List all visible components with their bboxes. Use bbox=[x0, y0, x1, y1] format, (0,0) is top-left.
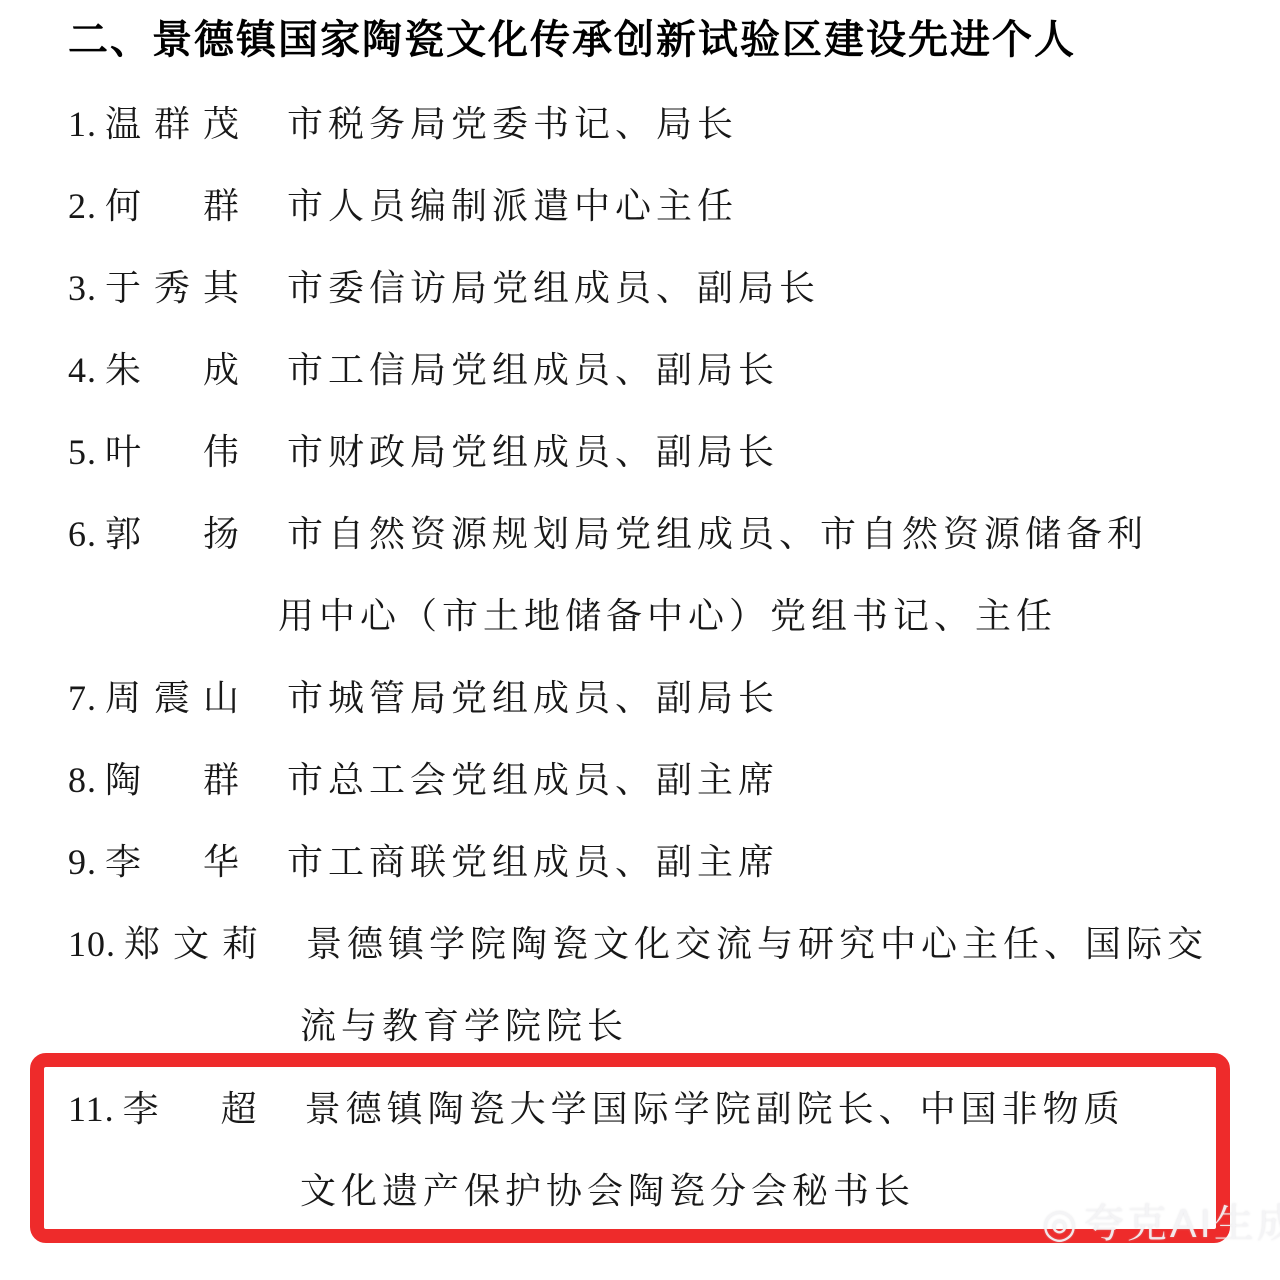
document-page: 二、景德镇国家陶瓷文化传承创新试验区建设先进个人 1. 温群茂 市税务局党委书记… bbox=[0, 0, 1280, 1280]
list-item: 3. 于秀其 市委信访局党组成员、副局长 bbox=[68, 268, 1280, 308]
entry-number: 11. bbox=[68, 1089, 115, 1129]
list-item: 9. 李华 市工商联党组成员、副主席 bbox=[68, 842, 1280, 882]
entry-role-line: 市人员编制派遣中心主任 bbox=[287, 186, 738, 226]
entry-number: 2. bbox=[68, 186, 97, 226]
entry-number: 6. bbox=[68, 514, 97, 554]
entry-number: 8. bbox=[68, 760, 97, 800]
list-item: 11. 李超 景德镇陶瓷大学国际学院副院长、中国非物质 文化遗产保护协会陶瓷分会… bbox=[68, 1089, 1206, 1211]
entry-role-line: 市税务局党委书记、局长 bbox=[287, 104, 738, 144]
entry-role-line: 市财政局党组成员、副局长 bbox=[287, 432, 779, 472]
entry-name: 叶伟 bbox=[105, 432, 239, 472]
section-title: 二、景德镇国家陶瓷文化传承创新试验区建设先进个人 bbox=[68, 0, 1280, 64]
entry-role-line: 市工信局党组成员、副局长 bbox=[287, 350, 779, 390]
entry-number: 10. bbox=[68, 924, 116, 964]
entry-role-line: 景德镇陶瓷大学国际学院副院长、中国非物质 bbox=[305, 1089, 1125, 1129]
list-item: 4. 朱成 市工信局党组成员、副局长 bbox=[68, 350, 1280, 390]
entry-name: 郭扬 bbox=[105, 514, 239, 554]
entry-number: 3. bbox=[68, 268, 97, 308]
entry-name: 于秀其 bbox=[105, 268, 239, 308]
entry-name: 李华 bbox=[105, 842, 239, 882]
awardee-list: 1. 温群茂 市税务局党委书记、局长 2. 何群 市人员编制派遣中心主任 3. … bbox=[0, 104, 1280, 1243]
entry-role-continuation: 文化遗产保护协会陶瓷分会秘书长 bbox=[300, 1171, 1206, 1211]
entry-number: 9. bbox=[68, 842, 97, 882]
entry-role-line: 市自然资源规划局党组成员、市自然资源储备利 bbox=[287, 514, 1148, 554]
list-item: 7. 周震山 市城管局党组成员、副局长 bbox=[68, 678, 1280, 718]
entry-number: 1. bbox=[68, 104, 97, 144]
entry-number: 7. bbox=[68, 678, 97, 718]
highlight-box: 11. 李超 景德镇陶瓷大学国际学院副院长、中国非物质 文化遗产保护协会陶瓷分会… bbox=[30, 1053, 1230, 1243]
list-item: 6. 郭扬 市自然资源规划局党组成员、市自然资源储备利 用中心（市土地储备中心）… bbox=[68, 514, 1280, 636]
entry-role-line: 景德镇学院陶瓷文化交流与研究中心主任、国际交 bbox=[306, 924, 1208, 964]
entry-number: 5. bbox=[68, 432, 97, 472]
list-item: 1. 温群茂 市税务局党委书记、局长 bbox=[68, 104, 1280, 144]
list-item: 8. 陶群 市总工会党组成员、副主席 bbox=[68, 760, 1280, 800]
entry-number: 4. bbox=[68, 350, 97, 390]
entry-name: 郑文莉 bbox=[124, 924, 258, 964]
entry-role-line: 市委信访局党组成员、副局长 bbox=[287, 268, 820, 308]
entry-role-continuation: 用中心（市土地储备中心）党组书记、主任 bbox=[278, 596, 1280, 636]
entry-role-line: 市城管局党组成员、副局长 bbox=[287, 678, 779, 718]
entry-name: 李超 bbox=[123, 1089, 257, 1129]
entry-name: 朱成 bbox=[105, 350, 239, 390]
list-item: 10. 郑文莉 景德镇学院陶瓷文化交流与研究中心主任、国际交 流与教育学院院长 bbox=[68, 924, 1280, 1046]
entry-name: 何群 bbox=[105, 186, 239, 226]
list-item: 5. 叶伟 市财政局党组成员、副局长 bbox=[68, 432, 1280, 472]
entry-role-line: 市总工会党组成员、副主席 bbox=[287, 760, 779, 800]
entry-name: 温群茂 bbox=[105, 104, 239, 144]
entry-name: 周震山 bbox=[105, 678, 239, 718]
entry-role-continuation: 流与教育学院院长 bbox=[300, 1006, 1280, 1046]
list-item: 2. 何群 市人员编制派遣中心主任 bbox=[68, 186, 1280, 226]
entry-name: 陶群 bbox=[105, 760, 239, 800]
entry-role-line: 市工商联党组成员、副主席 bbox=[287, 842, 779, 882]
